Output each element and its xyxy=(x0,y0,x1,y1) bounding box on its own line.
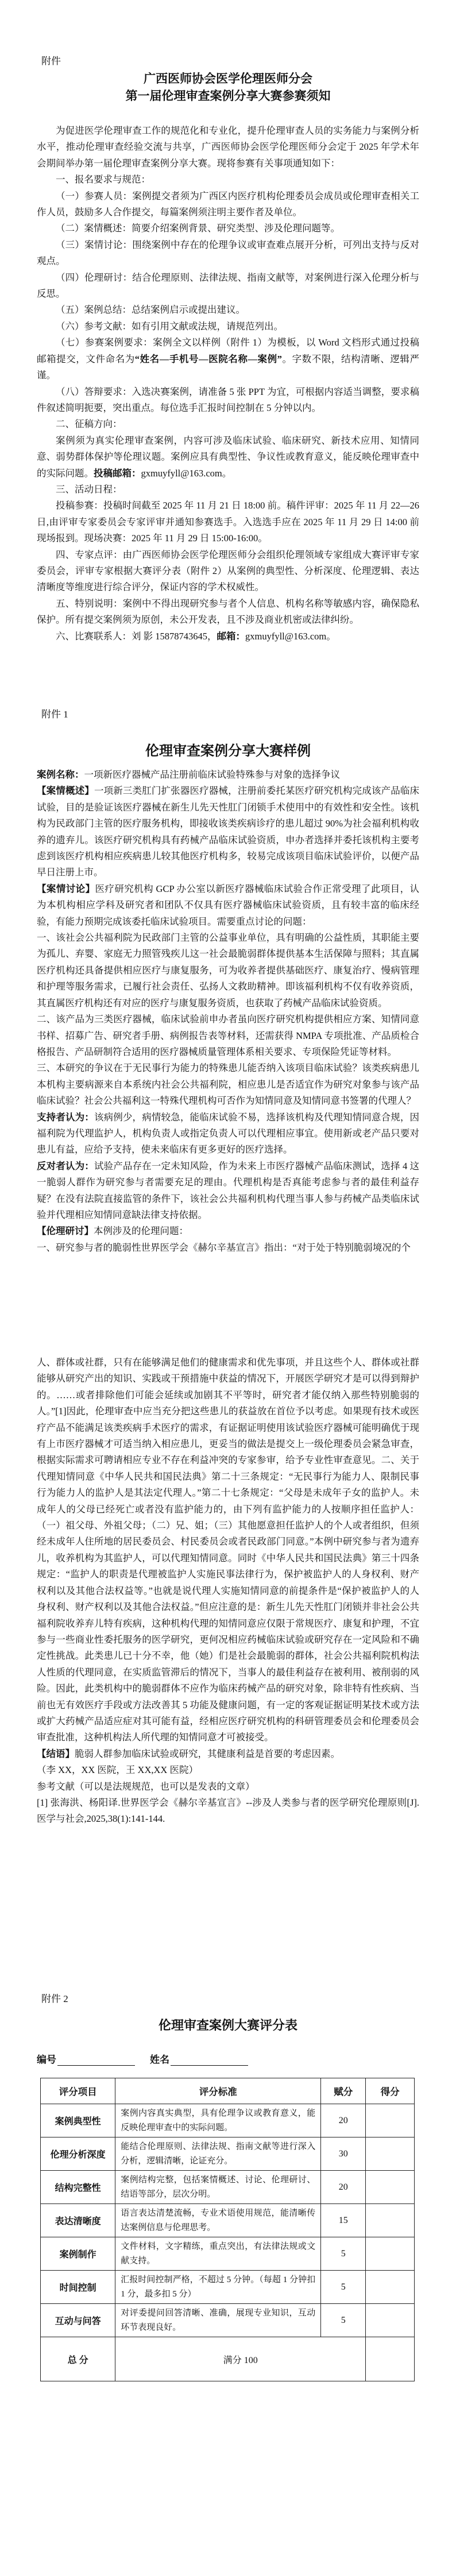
paragraph: 二、该产品为三类医疗器械，临床试验前申办者虽向医疗研究机构提供相应方案、知情同意… xyxy=(37,1011,419,1060)
paragraph: （六）参考文献：如有引用文献或法规，请规范列出。 xyxy=(37,319,419,335)
score-table-row: 互动与问答对评委提问回答清晰、准确，展现专业知识，互动环节表现良好。5 xyxy=(41,2304,415,2337)
paragraph-text-run: 二、该产品为三类医疗器械，临床试验前申办者虽向医疗研究机构提供相应方案、知情同意… xyxy=(37,1014,419,1057)
score-table-row: 结构完整性案例结构完整，包括案情概述、讨论、伦理研讨、结语等部分，层次分明。20 xyxy=(41,2171,415,2204)
attachment1-body-page3: 人、群体或社群，只有在能够满足他们的健康需求和优先事项，并且这些个人、群体或社群… xyxy=(37,1355,419,1828)
paragraph-text-run: 试验产品存在一定未知风险，作为未来上市医疗器械产品临床测试，选择 4 这一脆弱人… xyxy=(37,1161,419,1220)
paragraph-text-run: 一项新医疗器械产品注册前临床试验特殊参与对象的选择争议 xyxy=(84,769,341,780)
score-table-row: 案例典型性案例内容真实典型，具有伦理争议或教育意义，能反映伦理审查中的实际问题。… xyxy=(41,2104,415,2137)
paragraph: 支持者认为：该病例少，病情较急，能临床试验不易，选择该机构及代理知情同意合规，因… xyxy=(37,1109,419,1158)
paragraph-text-run: 脆弱人群参加临床试验或研究，其健康利益是首要的考虑因素。 xyxy=(75,1748,340,1759)
attachment2-label: 附件 2 xyxy=(41,1991,68,2005)
score-item-cell: 结构完整性 xyxy=(41,2171,115,2204)
score-header-result: 得分 xyxy=(366,2078,415,2104)
score-table-row: 时间控制汇报时间控制严格，不超过 5 分钟。（每超 1 分钟扣 1 分，最多扣 … xyxy=(41,2271,415,2304)
score-points-cell: 20 xyxy=(321,2171,366,2204)
paragraph: （二）案情概述：简要介绍案例背景、研究类型、涉及伦理问题等。 xyxy=(37,220,419,236)
score-header-points: 赋分 xyxy=(321,2078,366,2104)
notice-title-line1: 广西医师协会医学伦理医师分会 xyxy=(0,70,456,87)
paragraph-text-run: 四、专家点评：由广西医师协会医学伦理医师分会组织伦理领域专家组成大赛评审专家委员… xyxy=(37,549,419,593)
entry-number-label: 编号 xyxy=(37,2054,56,2065)
paragraph-text-run: 六、比赛联系人：刘 影 15878743645， xyxy=(56,631,217,642)
paragraph: 参考文献（可以是法规规范，也可以是发表的文章） xyxy=(37,1779,419,1795)
paragraph-text-run: 五、特别说明：案例中不得出现研究参与者个人信息、机构名称等敏感内容，确保隐私保护… xyxy=(37,598,419,625)
paragraph-text-run: 投稿参赛：投稿时间截至 2025 年 11 月 21 日 18:00 前。稿件评… xyxy=(37,500,419,544)
paragraph-text-run: （李 XX，XX 医院，王 XX,XX 医院） xyxy=(37,1764,198,1775)
paragraph-text-run: （八）答辩要求：入选决赛案例，请准备 5 张 PPT 为宜，可根据内容适当调整，… xyxy=(37,386,419,413)
paragraph-text-run: 该病例少，病情较急，能临床试验不易，选择该机构及代理知情同意合规，因福利院为代理… xyxy=(37,1112,419,1155)
score-item-cell: 时间控制 xyxy=(41,2271,115,2304)
score-points-cell: 5 xyxy=(321,2304,366,2337)
document-canvas: 附件 广西医师协会医学伦理医师分会 第一届伦理审查案例分享大赛参赛须知 为促进医… xyxy=(0,0,456,2576)
paragraph-text-run: 一、该社会公共福利院为民政部门主管的公益事业单位，具有明确的公益性质，其职能主要… xyxy=(37,932,419,1008)
score-table-header-row: 评分项目 评分标准 赋分 得分 xyxy=(41,2078,415,2104)
paragraph-text-run: 一、研究参与者的脆弱性世界医学会《赫尔辛基宣言》指出：“对于处于特别脆弱境况的个 xyxy=(37,1242,411,1253)
paragraph: 一、研究参与者的脆弱性世界医学会《赫尔辛基宣言》指出：“对于处于特别脆弱境况的个 xyxy=(37,1240,419,1256)
paragraph-bold-run: 反对者认为： xyxy=(37,1161,94,1171)
paragraph: 【案情概述】一项新三类肛门扩张器医疗器械，注册前委托某医疗研究机构完成该产品临床… xyxy=(37,783,419,880)
paragraph: （七）参赛案例要求：案例全文以样例（附件 1）为模板，以 Word 文档形式通过… xyxy=(37,335,419,383)
paragraph-bold-run: 【案情概述】 xyxy=(37,785,94,796)
score-total-cell: 满分 100 xyxy=(115,2337,366,2381)
score-table: 评分项目 评分标准 赋分 得分 案例典型性案例内容真实典型，具有伦理争议或教育意… xyxy=(40,2078,415,2381)
attachment2-fields: 编号姓名 xyxy=(37,2051,248,2066)
paragraph-bold-run: 投稿邮箱： xyxy=(94,468,141,479)
score-table-row: 伦理分析深度能结合伦理原则、法律法规、指南文献等进行深入分析，逻辑清晰，论证充分… xyxy=(41,2137,415,2171)
score-points-cell: 5 xyxy=(321,2271,366,2304)
paragraph: 四、专家点评：由广西医师协会医学伦理医师分会组织伦理领域专家组成大赛评审专家委员… xyxy=(37,547,419,596)
paragraph: （八）答辩要求：入选决赛案例，请准备 5 张 PPT 为宜，可根据内容适当调整，… xyxy=(37,384,419,417)
paragraph-text-run: 二、征稿方向： xyxy=(56,418,122,429)
score-result-cell xyxy=(366,2337,415,2381)
paragraph: （四）伦理研讨：结合伦理原则、法律法规、指南文献等，对案例进行深入伦理分析与反思… xyxy=(37,270,419,302)
attachment1-label: 附件 1 xyxy=(41,706,68,720)
paragraph-text-run: 本例涉及的伦理问题： xyxy=(94,1225,188,1236)
paragraph-bold-run: 【案情讨论】 xyxy=(37,883,95,894)
notice-body: 为促进医学伦理审查工作的规范化和专业化，提升伦理审查人员的实务能力与案例分析水平… xyxy=(37,123,419,645)
paragraph-text-run: （六）参考文献：如有引用文献或法规，请规范列出。 xyxy=(56,321,283,332)
score-header-criteria: 评分标准 xyxy=(115,2078,321,2104)
paragraph-text-run: （三）案情讨论：围绕案例中存在的伦理争议或审查难点展开分析，可列出支持与反对观点… xyxy=(37,239,419,266)
score-criteria-cell: 文件材料，文字精练，重点突出，有法律法规或文献支持。 xyxy=(115,2237,321,2271)
paragraph: 投稿参赛：投稿时间截至 2025 年 11 月 21 日 18:00 前。稿件评… xyxy=(37,498,419,546)
paragraph: 三、活动日程： xyxy=(37,482,419,498)
paragraph-text-run: （四）伦理研讨：结合伦理原则、法律法规、指南文献等，对案例进行深入伦理分析与反思… xyxy=(37,272,419,299)
paragraph: （一）参赛人员：案例提交者须为广西区内医疗机构伦理委员会成员或伦理审查相关工作人… xyxy=(37,188,419,221)
score-criteria-cell: 语言表达清楚流畅，专业术语使用规范，能清晰传达案例信息与伦理思考。 xyxy=(115,2204,321,2237)
paragraph-text-run: gxmuyfyll@163.com。 xyxy=(141,468,232,479)
paragraph-text-run: 一、报名要求与规范： xyxy=(56,174,150,185)
paragraph-bold-run: 【伦理研讨】 xyxy=(37,1225,94,1236)
paragraph: 为促进医学伦理审查工作的规范化和专业化，提升伦理审查人员的实务能力与案例分析水平… xyxy=(37,123,419,172)
score-points-cell: 5 xyxy=(321,2237,366,2271)
score-item-cell: 伦理分析深度 xyxy=(41,2137,115,2171)
paragraph: 五、特别说明：案例中不得出现研究参与者个人信息、机构名称等敏感内容，确保隐私保护… xyxy=(37,596,419,629)
paragraph-bold-run: “姓名—手机号—医院名称—案例” xyxy=(135,354,282,364)
score-result-cell xyxy=(366,2304,415,2337)
score-points-cell: 15 xyxy=(321,2204,366,2237)
paragraph: 【伦理研讨】本例涉及的伦理问题： xyxy=(37,1223,419,1239)
notice-attachment-label: 附件 xyxy=(41,53,61,67)
paragraph: 【案情讨论】医疗研究机构 GCP 办公室以新医疗器械临床试验合作正常受理了此项目… xyxy=(37,881,419,930)
score-table-row: 案例制作文件材料，文字精练，重点突出，有法律法规或文献支持。5 xyxy=(41,2237,415,2271)
score-result-cell xyxy=(366,2271,415,2304)
paragraph-text-run: [1] 张海洪、杨阳译.世界医学会《赫尔辛基宣言》--涉及人类参与者的医学研究伦… xyxy=(37,1797,419,1824)
paragraph: 六、比赛联系人：刘 影 15878743645，邮箱：gxmuyfyll@163… xyxy=(37,629,419,645)
paragraph-text-run: 一项新三类肛门扩张器医疗器械，注册前委托某医疗研究机构完成该产品临床试验，目的是… xyxy=(37,785,419,878)
paragraph: 【结语】脆弱人群参加临床试验或研究，其健康利益是首要的考虑因素。 xyxy=(37,1746,419,1762)
score-criteria-cell: 案例内容真实典型，具有伦理争议或教育意义，能反映伦理审查中的实际问题。 xyxy=(115,2104,321,2137)
paragraph: （李 XX，XX 医院，王 XX,XX 医院） xyxy=(37,1762,419,1778)
score-points-cell: 30 xyxy=(321,2137,366,2171)
entrant-name-blank-line xyxy=(171,2055,248,2066)
attachment2-title: 伦理审查案例大赛评分表 xyxy=(0,2016,456,2034)
paragraph-bold-run: 案例名称： xyxy=(37,769,84,780)
score-criteria-cell: 案例结构完整，包括案情概述、讨论、伦理研讨、结语等部分，层次分明。 xyxy=(115,2171,321,2204)
paragraph-bold-run: 邮箱： xyxy=(217,631,246,642)
score-criteria-cell: 能结合伦理原则、法律法规、指南文献等进行深入分析，逻辑清晰，论证充分。 xyxy=(115,2137,321,2171)
paragraph: 案例须为真实伦理审查案例，内容可涉及临床试验、临床研究、新技术应用、知情同意、弱… xyxy=(37,433,419,482)
score-item-cell: 案例典型性 xyxy=(41,2104,115,2137)
paragraph: 反对者认为：试验产品存在一定未知风险，作为未来上市医疗器械产品临床测试，选择 4… xyxy=(37,1158,419,1224)
paragraph: 三、本研究的争议在于无民事行为能力的特殊患儿能否纳入该项目临床试验？该类疾病患儿… xyxy=(37,1060,419,1109)
score-item-cell: 表达清晰度 xyxy=(41,2204,115,2237)
paragraph: （三）案情讨论：围绕案例中存在的伦理争议或审查难点展开分析，可列出支持与反对观点… xyxy=(37,237,419,270)
paragraph: 人、群体或社群，只有在能够满足他们的健康需求和优先事项，并且这些个人、群体或社群… xyxy=(37,1355,419,1746)
entrant-name-label: 姓名 xyxy=(150,2054,169,2065)
paragraph-bold-run: 支持者认为： xyxy=(37,1112,94,1123)
paragraph: 一、报名要求与规范： xyxy=(37,172,419,188)
score-table-row: 表达清晰度语言表达清楚流畅，专业术语使用规范，能清晰传达案例信息与伦理思考。15 xyxy=(41,2204,415,2237)
score-item-cell: 案例制作 xyxy=(41,2237,115,2271)
paragraph: 案例名称：一项新医疗器械产品注册前临床试验特殊参与对象的选择争议 xyxy=(37,767,419,783)
score-criteria-cell: 对评委提问回答清晰、准确，展现专业知识，互动环节表现良好。 xyxy=(115,2304,321,2337)
paragraph-text-run: 人、群体或社群，只有在能够满足他们的健康需求和优先事项，并且这些个人、群体或社群… xyxy=(37,1357,419,1743)
paragraph: 二、征稿方向： xyxy=(37,416,419,432)
paragraph-text-run: （二）案情概述：简要介绍案例背景、研究类型、涉及伦理问题等。 xyxy=(56,223,340,234)
score-result-cell xyxy=(366,2237,415,2271)
paragraph-text-run: 参考文献（可以是法规规范，也可以是发表的文章） xyxy=(37,1781,255,1792)
entry-number-blank-line xyxy=(57,2055,135,2066)
score-points-cell: 20 xyxy=(321,2104,366,2137)
paragraph-text-run: （五）案例总结：总结案例启示或提出建议。 xyxy=(56,304,245,315)
score-result-cell xyxy=(366,2171,415,2204)
paragraph-text-run: 为促进医学伦理审查工作的规范化和专业化，提升伦理审查人员的实务能力与案例分析水平… xyxy=(37,125,419,169)
score-item-cell: 互动与问答 xyxy=(41,2304,115,2337)
score-item-cell: 总 分 xyxy=(41,2337,115,2381)
paragraph: 一、该社会公共福利院为民政部门主管的公益事业单位，具有明确的公益性质，其职能主要… xyxy=(37,930,419,1011)
score-criteria-cell: 汇报时间控制严格，不超过 5 分钟。（每超 1 分钟扣 1 分，最多扣 5 分） xyxy=(115,2271,321,2304)
paragraph: [1] 张海洪、杨阳译.世界医学会《赫尔辛基宣言》--涉及人类参与者的医学研究伦… xyxy=(37,1795,419,1828)
paragraph-text-run: 三、活动日程： xyxy=(56,484,122,495)
notice-title-line2: 第一届伦理审查案例分享大赛参赛须知 xyxy=(0,87,456,104)
paragraph-text-run: （一）参赛人员：案例提交者须为广西区内医疗机构伦理委员会成员或伦理审查相关工作人… xyxy=(37,191,419,218)
paragraph: （五）案例总结：总结案例启示或提出建议。 xyxy=(37,302,419,318)
score-header-item: 评分项目 xyxy=(41,2078,115,2104)
attachment1-title: 伦理审查案例分享大赛样例 xyxy=(0,739,456,759)
score-table-row: 总 分满分 100 xyxy=(41,2337,415,2381)
paragraph-text-run: gxmuyfyll@163.com。 xyxy=(245,631,336,642)
paragraph-bold-run: 【结语】 xyxy=(37,1748,75,1759)
score-result-cell xyxy=(366,2137,415,2171)
score-result-cell xyxy=(366,2204,415,2237)
paragraph-text-run: 三、本研究的争议在于无民事行为能力的特殊患儿能否纳入该项目临床试验？该类疾病患儿… xyxy=(37,1062,419,1106)
attachment1-body-page2: 案例名称：一项新医疗器械产品注册前临床试验特殊参与对象的选择争议【案情概述】一项… xyxy=(37,767,419,1256)
score-result-cell xyxy=(366,2104,415,2137)
